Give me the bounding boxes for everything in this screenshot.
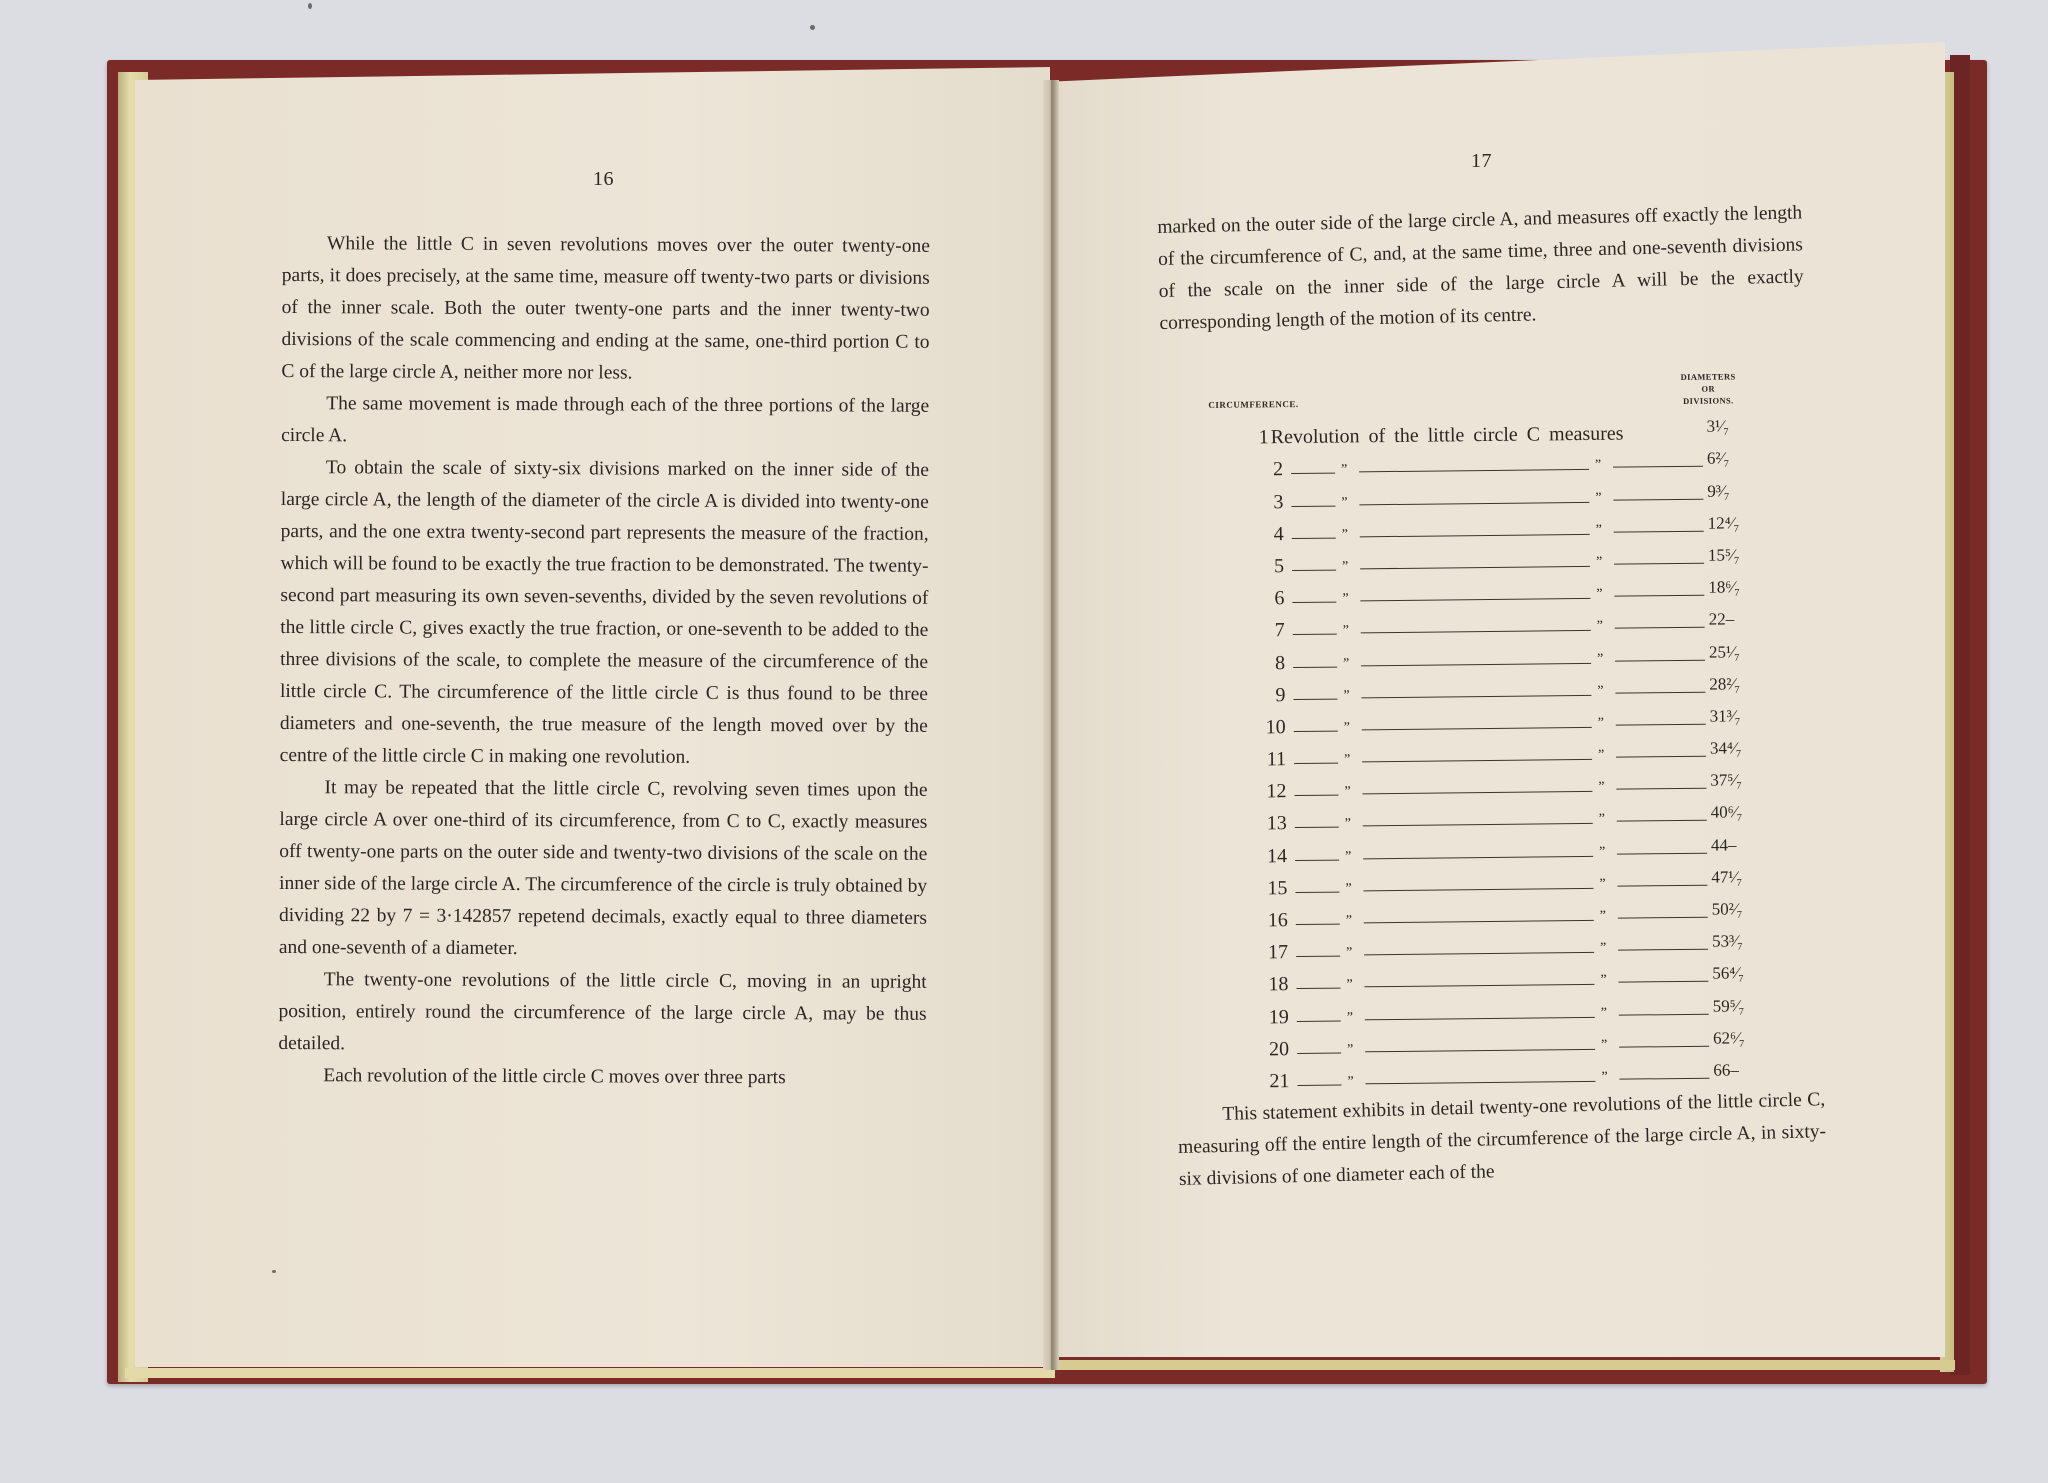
table-row: 13””40⁶⁄₇: [1253, 800, 1753, 837]
table-row: 15””47¹⁄₇: [1253, 865, 1753, 902]
table-row: 16””50²⁄₇: [1254, 897, 1754, 934]
paragraph: This statement exhibits in detail twenty…: [1177, 1084, 1827, 1196]
background-speck: [810, 25, 815, 30]
paragraph: While the little C in seven revolutions …: [281, 228, 930, 391]
table-row: 10””31³⁄₇: [1252, 704, 1752, 741]
column-header-diameters: DIAMETERS OR DIVISIONS.: [1668, 370, 1748, 407]
table-row: 12””37⁵⁄₇: [1252, 768, 1752, 805]
table-row: 17””53³⁄₇: [1254, 929, 1754, 966]
right-page-intro: marked on the outer side of the large ci…: [1157, 197, 1805, 340]
table-row: 9””28²⁄₇: [1251, 672, 1751, 709]
table-rows: 1 Revolution of the little circle C meas…: [1249, 414, 1756, 1095]
page-edges-bottom-left: [125, 1368, 1055, 1378]
paragraph: marked on the outer side of the large ci…: [1157, 197, 1805, 340]
paragraph: The same movement is made through each o…: [281, 388, 929, 455]
table-row: 1 Revolution of the little circle C meas…: [1249, 414, 1749, 451]
left-page-body: While the little C in seven revolutions …: [278, 228, 930, 1095]
table-row: 11””34⁴⁄₇: [1252, 736, 1752, 773]
table-row: 5””15⁵⁄₇: [1250, 543, 1750, 580]
page-number-right: 17: [1471, 150, 1492, 173]
page-speck: [272, 1270, 276, 1273]
table-row: 8””25¹⁄₇: [1251, 640, 1751, 677]
table-row: 2””6²⁄₇: [1249, 446, 1749, 483]
table-row: 7””22–: [1251, 607, 1751, 644]
book-gutter: [1043, 80, 1059, 1370]
table-row: 3””9³⁄₇: [1249, 479, 1749, 516]
page-edges-bottom-right: [1055, 1360, 1955, 1370]
table-row: 19””59⁵⁄₇: [1255, 994, 1755, 1031]
paragraph: Each revolution of the little circle C m…: [278, 1060, 926, 1095]
table-row: 18””56⁴⁄₇: [1254, 961, 1754, 998]
background-speck: [308, 3, 312, 9]
column-header-circumference: CIRCUMFERENCE.: [1208, 399, 1298, 410]
page-number-left: 16: [593, 168, 614, 191]
table-row: 4””12⁴⁄₇: [1250, 511, 1750, 548]
paragraph: To obtain the scale of sixty-six divisio…: [280, 452, 929, 775]
right-page-closing: This statement exhibits in detail twenty…: [1177, 1084, 1827, 1196]
table-row: 20””62⁶⁄₇: [1255, 1026, 1755, 1063]
paragraph: The twenty-one revolutions of the little…: [278, 964, 926, 1063]
table-row: 6””18⁶⁄₇: [1250, 575, 1750, 612]
paragraph: It may be repeated that the little circl…: [279, 772, 928, 967]
table-row: 14””44–: [1253, 833, 1753, 870]
